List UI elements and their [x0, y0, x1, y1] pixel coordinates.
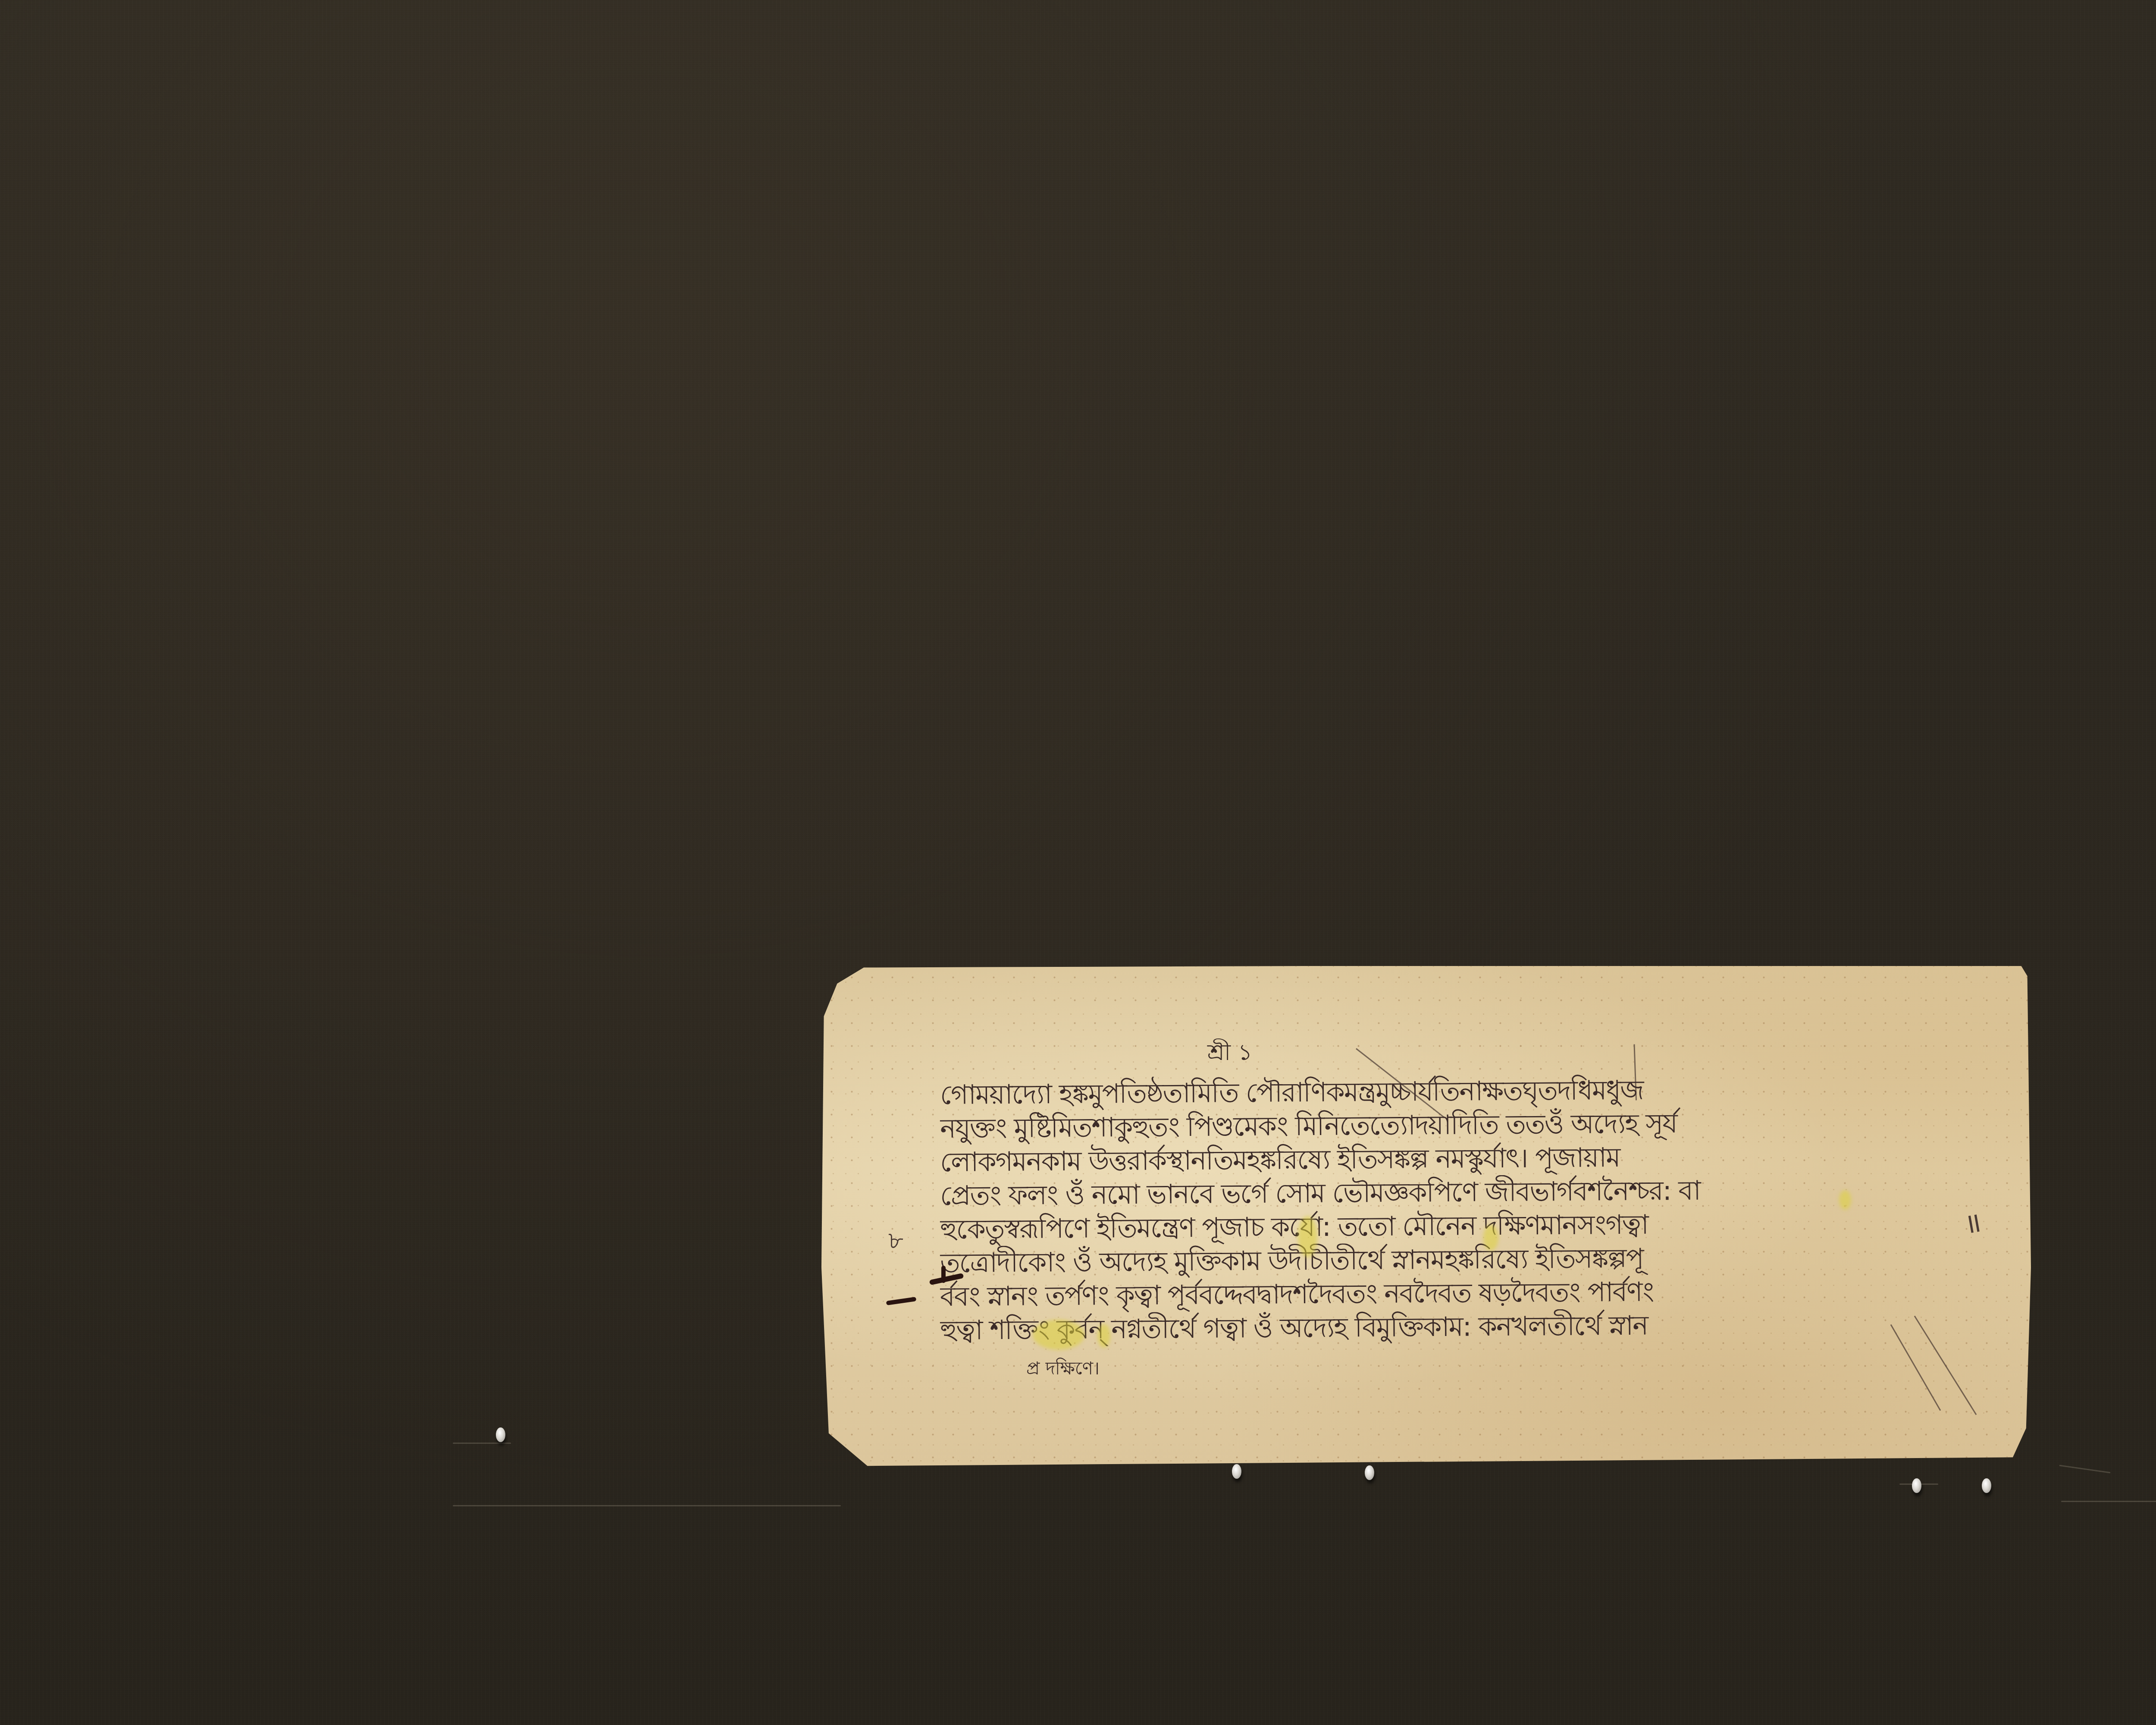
marginal-sub-note: প্র দক্ষিণে।: [1026, 1354, 1100, 1385]
mounting-thread-left: [453, 1443, 511, 1444]
yellow-correction-mark: [1033, 1320, 1084, 1350]
mounting-thread-left-lower: [453, 1505, 841, 1506]
mounting-thread-far-right: [2059, 1465, 2110, 1474]
mounting-pin: [496, 1427, 505, 1442]
yellow-correction-mark: [1839, 1190, 1851, 1210]
yellow-correction-mark: [1298, 1216, 1317, 1257]
mounting-pin: [1912, 1478, 1921, 1493]
mounting-pin: [1365, 1465, 1374, 1480]
ink-check-mark-stem: [941, 1266, 946, 1283]
text-line-8: হুত্বা শক্তিং কুর্বন্ নগ্নতীর্থে গত্বা ও…: [940, 1307, 1923, 1347]
left-margin-numeral: ৮: [888, 1223, 903, 1261]
manuscript-text: গোময়াদ্যো হঙ্কমুপতিষ্ঠতামিতি পৌরাণিকমন্…: [940, 1078, 1923, 1347]
yellow-correction-mark: [1097, 1324, 1110, 1348]
folio-mark: শ্রী ১: [1207, 1035, 1252, 1073]
mounting-pin: [1982, 1478, 1991, 1493]
mounting-thread-edge: [2061, 1501, 2156, 1502]
mounting-pin: [1232, 1464, 1241, 1479]
yellow-correction-mark: [1483, 1225, 1498, 1251]
display-board-texture: [0, 0, 2156, 1725]
